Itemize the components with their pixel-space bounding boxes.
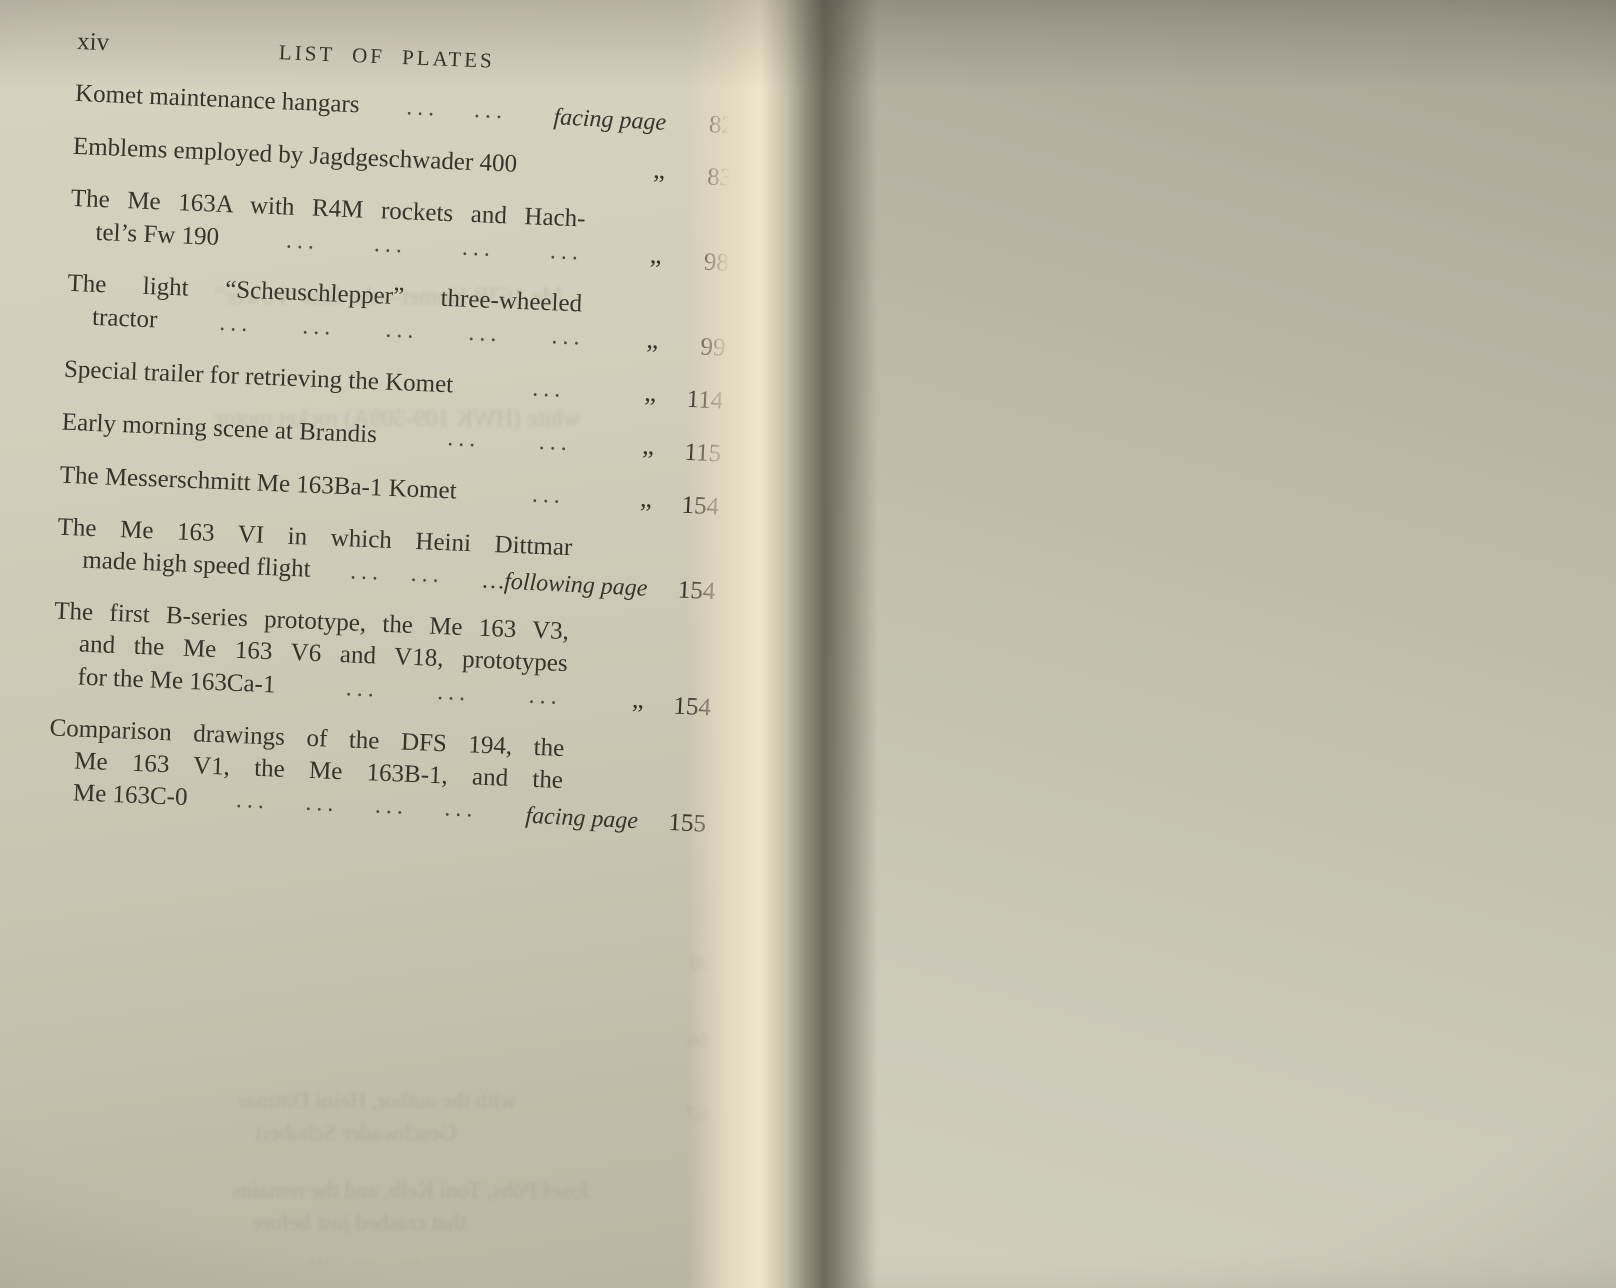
dot-leaders: ......	[310, 554, 484, 593]
dot-leader-group: ...	[444, 792, 478, 825]
right-page: 2ROCKET FIGHTERup into the sky. By the t…	[768, 0, 1616, 1288]
page-ref: facing page82	[553, 101, 735, 142]
dot-leader-group: ...	[285, 225, 319, 258]
show-through-line: … … …	[300, 1244, 421, 1270]
dot-leader-group: ...	[551, 320, 585, 353]
plate-entry-text: Early morning scene at Brandis	[61, 407, 377, 452]
plate-entry: Early morning scene at Brandis......,,11…	[61, 406, 722, 465]
page-ref: ,,154	[631, 687, 712, 724]
show-through-line: that crashed just before	[252, 1210, 466, 1236]
dot-leaders: .........	[275, 669, 633, 715]
show-through-line: Geschwader Schubert	[255, 1120, 456, 1146]
dot-leader-group: ...	[474, 94, 508, 127]
dot-leader-group: ...	[219, 307, 253, 340]
dot-leader-group: ...	[410, 558, 444, 591]
ditto-mark: ,,	[644, 377, 657, 410]
dot-leader-group: ...	[373, 228, 407, 261]
dot-leader-group: ...	[302, 310, 336, 343]
dot-leader-group: ...	[437, 676, 471, 709]
dot-leader-group: ...	[461, 232, 495, 265]
page-ref: ,,115	[641, 434, 722, 471]
page-ref-label: …following page	[482, 565, 648, 605]
dot-leader-group: ...	[345, 672, 379, 705]
dot-leader-group: ...	[374, 790, 408, 823]
plate-entry-text: Me 163C-0	[72, 777, 188, 814]
ditto-mark: ,,	[640, 483, 653, 516]
plate-entry: Special trailer for retrieving the Komet…	[63, 353, 724, 412]
dot-leader-group: ...	[406, 91, 440, 124]
plate-entry-text: tractor	[91, 302, 157, 337]
show-through-line: 67	[686, 1102, 707, 1127]
page-ref-label: facing page	[525, 800, 639, 838]
plate-entry-text: The Messerschmitt Me 163Ba-1 Komet	[59, 460, 457, 508]
show-through-line: Josef Pöhs, Toni Kelb, and the remains	[232, 1178, 590, 1204]
show-through-line: 30	[690, 950, 711, 975]
page-ref: ,,99	[646, 328, 727, 365]
plate-entry-text: for the Me 163Ca-1	[77, 662, 276, 702]
dot-leaders: ...	[453, 369, 646, 409]
dot-leaders: ...	[456, 476, 641, 515]
ditto-mark: ,,	[653, 154, 666, 187]
plate-entry: Comparison drawings of the DFS 194, theM…	[46, 712, 709, 834]
dot-leader-group: ...	[549, 235, 583, 268]
dot-leader-group: ...	[447, 422, 481, 455]
page-ref: …following page154	[482, 565, 716, 609]
plate-entry: Emblems employed by Jagdgeschwader 400,,…	[72, 130, 733, 189]
plate-entry-text: Komet maintenance hangars	[74, 78, 360, 121]
dot-leaders	[517, 172, 654, 177]
plate-entry: The first B-series prototype, the Me 163…	[51, 596, 714, 719]
left-page-number: xiv	[77, 28, 110, 57]
list-of-plates-heading: LIST OF PLATES	[137, 34, 638, 79]
page-ref: ,,114	[644, 381, 725, 418]
plate-entry-line: The Messerschmitt Me 163Ba-1 Komet...,,1…	[59, 459, 720, 518]
dot-leader-group: ...	[532, 373, 566, 406]
page-ref: ,,98	[649, 243, 730, 280]
dot-leader-group: ...	[538, 426, 572, 459]
plate-entry: The Me 163A with R4M rockets and Hach-te…	[69, 183, 731, 274]
dot-leader-group: ...	[385, 314, 419, 347]
left-page-content: xiv LIST OF PLATES Komet maintenance han…	[46, 22, 738, 855]
page-ref-number: 154	[661, 574, 717, 609]
page-ref-label: facing page	[553, 101, 667, 139]
ditto-mark: ,,	[649, 239, 662, 272]
plates-list: Komet maintenance hangars......facing pa…	[46, 78, 735, 835]
page-ref-number: 154	[664, 489, 720, 524]
dot-leader-group: ...	[305, 787, 339, 820]
page-ref-number: 82	[680, 108, 736, 143]
plate-entry: The Messerschmitt Me 163Ba-1 Komet...,,1…	[59, 459, 720, 518]
dot-leaders: ......	[376, 419, 643, 462]
plate-entry-text: tel’s Fw 190	[95, 217, 220, 254]
page-ref-number: 114	[669, 383, 725, 418]
page-ref-number: 98	[674, 245, 730, 280]
plate-entry-line: Emblems employed by Jagdgeschwader 400,,…	[72, 130, 733, 189]
page-ref-number: 154	[656, 690, 712, 725]
dot-leader-group: ...	[235, 784, 269, 817]
ditto-mark: ,,	[642, 430, 655, 463]
plate-entry-text: Emblems employed by Jagdgeschwader 400	[72, 131, 517, 181]
page-ref-number: 83	[677, 160, 733, 195]
dot-leader-group: ...	[528, 680, 562, 713]
plate-entry-line: Special trailer for retrieving the Komet…	[63, 353, 724, 412]
page-ref-number: 115	[666, 436, 722, 471]
page-ref-number: 155	[652, 806, 708, 841]
show-through-line: with the author, Heini Dittmar	[238, 1088, 516, 1114]
plate-entry-text: Special trailer for retrieving the Komet	[63, 354, 453, 402]
plate-entry: The Me 163 VI in which Heini Dittmarmade…	[56, 512, 718, 602]
ditto-mark: ,,	[646, 324, 659, 357]
page-ref: ,,83	[653, 158, 734, 195]
left-page: xiv LIST OF PLATES Komet maintenance han…	[0, 0, 768, 1288]
plate-entry-line: Early morning scene at Brandis......,,11…	[61, 406, 722, 465]
dot-leaders: ......	[359, 89, 555, 129]
plate-entry: The light “Scheuschlepper” three-wheeled…	[66, 268, 728, 359]
book-photo: xiv LIST OF PLATES Komet maintenance han…	[0, 0, 1616, 1288]
dot-leader-group: ...	[468, 317, 502, 350]
dot-leader-group: ...	[350, 555, 384, 588]
show-through-line: 66	[688, 1028, 709, 1053]
page-ref: ,,154	[639, 487, 720, 524]
page-ref: facing page155	[525, 800, 707, 841]
dot-leader-group: ...	[531, 479, 565, 512]
page-ref-number: 99	[671, 330, 727, 365]
ditto-mark: ,,	[632, 683, 645, 716]
